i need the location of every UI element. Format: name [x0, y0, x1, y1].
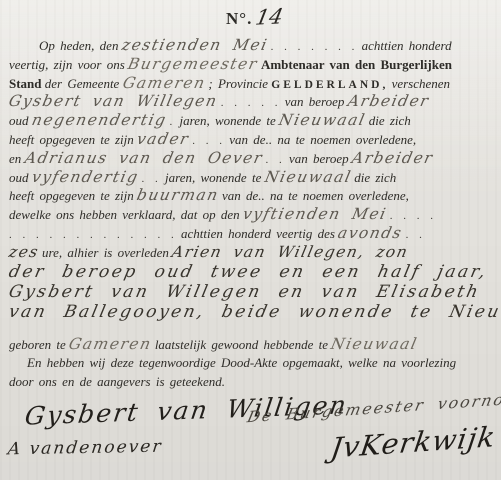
line-declarant2-age: oud vyfendertig . . jaren, wonende te Ni… — [9, 168, 501, 187]
printed-text: der Gemeente — [45, 76, 120, 91]
printed-text: ure, alhier is overleden — [42, 245, 169, 260]
entry-last-residence: Nieuwaal — [329, 335, 419, 354]
entry-mother-surname-residence: van Ballegooyen, beide wonende te Nieuwa… — [7, 302, 501, 322]
line-death-hour-deceased: zes ure, alhier is overleden Arien van W… — [9, 243, 501, 262]
entry-death-date: vyftienden Mei — [241, 205, 389, 224]
entry-parents-names: Gysbert van Willegen en van Elisabeth — [7, 282, 482, 302]
line-municipality: Stand der Gemeente Gameren ; Provincie G… — [9, 74, 501, 93]
record-number: N°.14 — [226, 5, 283, 29]
entry-death-time-of-day: avonds — [336, 224, 404, 243]
printed-text: En hebben wij deze tegenwoordige Dood-Ak… — [27, 355, 456, 370]
record-number-value: 14 — [254, 4, 286, 29]
entry-declarant1-occupation: Arbeider — [346, 92, 431, 111]
dot-leader: . . . . — [390, 210, 437, 222]
printed-text: jaren, wonende te — [180, 113, 276, 128]
line-mother-surname-residence: van Ballegooyen, beide wonende te Nieuwa… — [9, 302, 501, 322]
dot-leader: . — [170, 116, 177, 128]
entry-deceased-details: der beroep oud twee en een half jaar, Zo… — [7, 262, 501, 282]
dot-leader: . . — [406, 229, 426, 241]
printed-text: dewelke ons hebben verklaard, dat op den — [9, 207, 240, 222]
entry-declaration-date: zestienden Mei — [120, 36, 270, 55]
entry-declarant2-residence: Nieuwaal — [263, 168, 353, 187]
printed-text: geboren te — [9, 337, 66, 352]
record-number-label: N°. — [226, 9, 252, 28]
entry-declarant1-residence: Nieuwaal — [277, 111, 367, 130]
printed-text: oud — [9, 113, 29, 128]
dot-leader: . . . . . . . . . . . . . — [9, 229, 178, 241]
printed-text: veertig, zijn voor ons — [9, 57, 125, 72]
entry-deceased-name: Arien van Willegen, zon — [170, 243, 410, 262]
line-declarant2-relation: heeft opgegeven te zijn buurman van de..… — [9, 186, 501, 205]
entry-province: GELDERLAND, — [271, 79, 388, 91]
line-declarant1-age: oud negenendertig . jaren, wonende te Ni… — [9, 111, 501, 130]
printed-text: door ons en de aangevers is geteekend. — [9, 374, 225, 389]
entry-declarant1-name: Gysbert van Willegen — [7, 92, 219, 111]
printed-text: heeft opgegeven te zijn — [9, 188, 134, 203]
entry-death-hour: zes — [7, 243, 41, 262]
printed-text: achttien honderd — [362, 38, 452, 53]
entry-declarant2-age: vyfendertig — [30, 168, 141, 187]
line-declarant2-name: en Adrianus van den Oever . . van beroep… — [9, 149, 501, 168]
printed-text: verschenen — [392, 76, 450, 91]
document-body: Op heden, den zestienden Mei . . . . . .… — [9, 36, 501, 392]
dot-leader: . . . . . . . — [271, 41, 359, 53]
signature-mayor: JvKerkwijk — [329, 420, 498, 464]
line-closing2: door ons en de aangevers is geteekend. — [9, 373, 501, 392]
entry-declarant2-name: Adrianus van den Oever — [23, 149, 265, 168]
line-birthplace: geboren te Gameren laatstelijk gewoond h… — [9, 335, 501, 354]
line-opening-date: Op heden, den zestienden Mei . . . . . .… — [9, 36, 501, 55]
dot-leader: . . — [265, 154, 285, 166]
dot-leader: . . . — [192, 135, 226, 147]
death-certificate-document: N°.14 Op heden, den zestienden Mei . . .… — [0, 0, 501, 480]
printed-text: heeft opgegeven te zijn — [9, 132, 134, 147]
printed-text: van beroep — [289, 151, 349, 166]
line-death-year-time: . . . . . . . . . . . . . achttien honde… — [9, 224, 501, 243]
line-declarant1-relation: heeft opgegeven te zijn vader . . . van … — [9, 130, 501, 149]
line-deceased-details: der beroep oud twee en een half jaar, Zo… — [9, 262, 501, 282]
entry-declarant1-relation: vader — [135, 130, 191, 149]
printed-text: van de.. na te noemen overledene, — [222, 188, 409, 203]
printed-text: en — [9, 151, 21, 166]
printed-text: oud — [9, 170, 29, 185]
dot-leader: . . . . . — [221, 97, 282, 109]
printed-text: laatstelijk gewoond hebbende te — [155, 337, 328, 352]
printed-text: van beroep — [285, 94, 345, 109]
entry-declarant2-occupation: Arbeider — [350, 149, 435, 168]
printed-text: Ambtenaar van den Burgerlijken — [261, 57, 452, 72]
printed-text: ; Provincie — [208, 76, 268, 91]
dot-leader: . . — [142, 173, 162, 185]
line-official: veertig, zijn voor ons Burgemeester Ambt… — [9, 55, 501, 74]
entry-official-title: Burgemeester — [126, 55, 260, 74]
line-declarant1-name: Gysbert van Willegen . . . . . van beroe… — [9, 92, 501, 111]
printed-text: die zich — [354, 170, 396, 185]
entry-municipality: Gameren — [121, 74, 208, 93]
line-parents-names: Gysbert van Willegen en van Elisabeth — [9, 282, 501, 302]
printed-text: jaren, wonende te — [165, 170, 261, 185]
printed-text: achttien honderd veertig des — [181, 226, 335, 241]
printed-text: van de.. na te noemen overledene, — [229, 132, 416, 147]
printed-text: Stand — [9, 76, 42, 91]
line-death-date: dewelke ons hebben verklaard, dat op den… — [9, 205, 501, 224]
entry-birthplace: Gameren — [67, 335, 154, 354]
printed-text: Op heden, den — [39, 38, 118, 53]
entry-declarant2-relation: buurman — [135, 186, 221, 205]
signature-declarant2: A vandenoever — [7, 437, 164, 460]
entry-declarant1-age: negenendertig — [30, 111, 169, 130]
line-closing1: En hebben wij deze tegenwoordige Dood-Ak… — [9, 354, 501, 373]
printed-text: die zich — [369, 113, 411, 128]
